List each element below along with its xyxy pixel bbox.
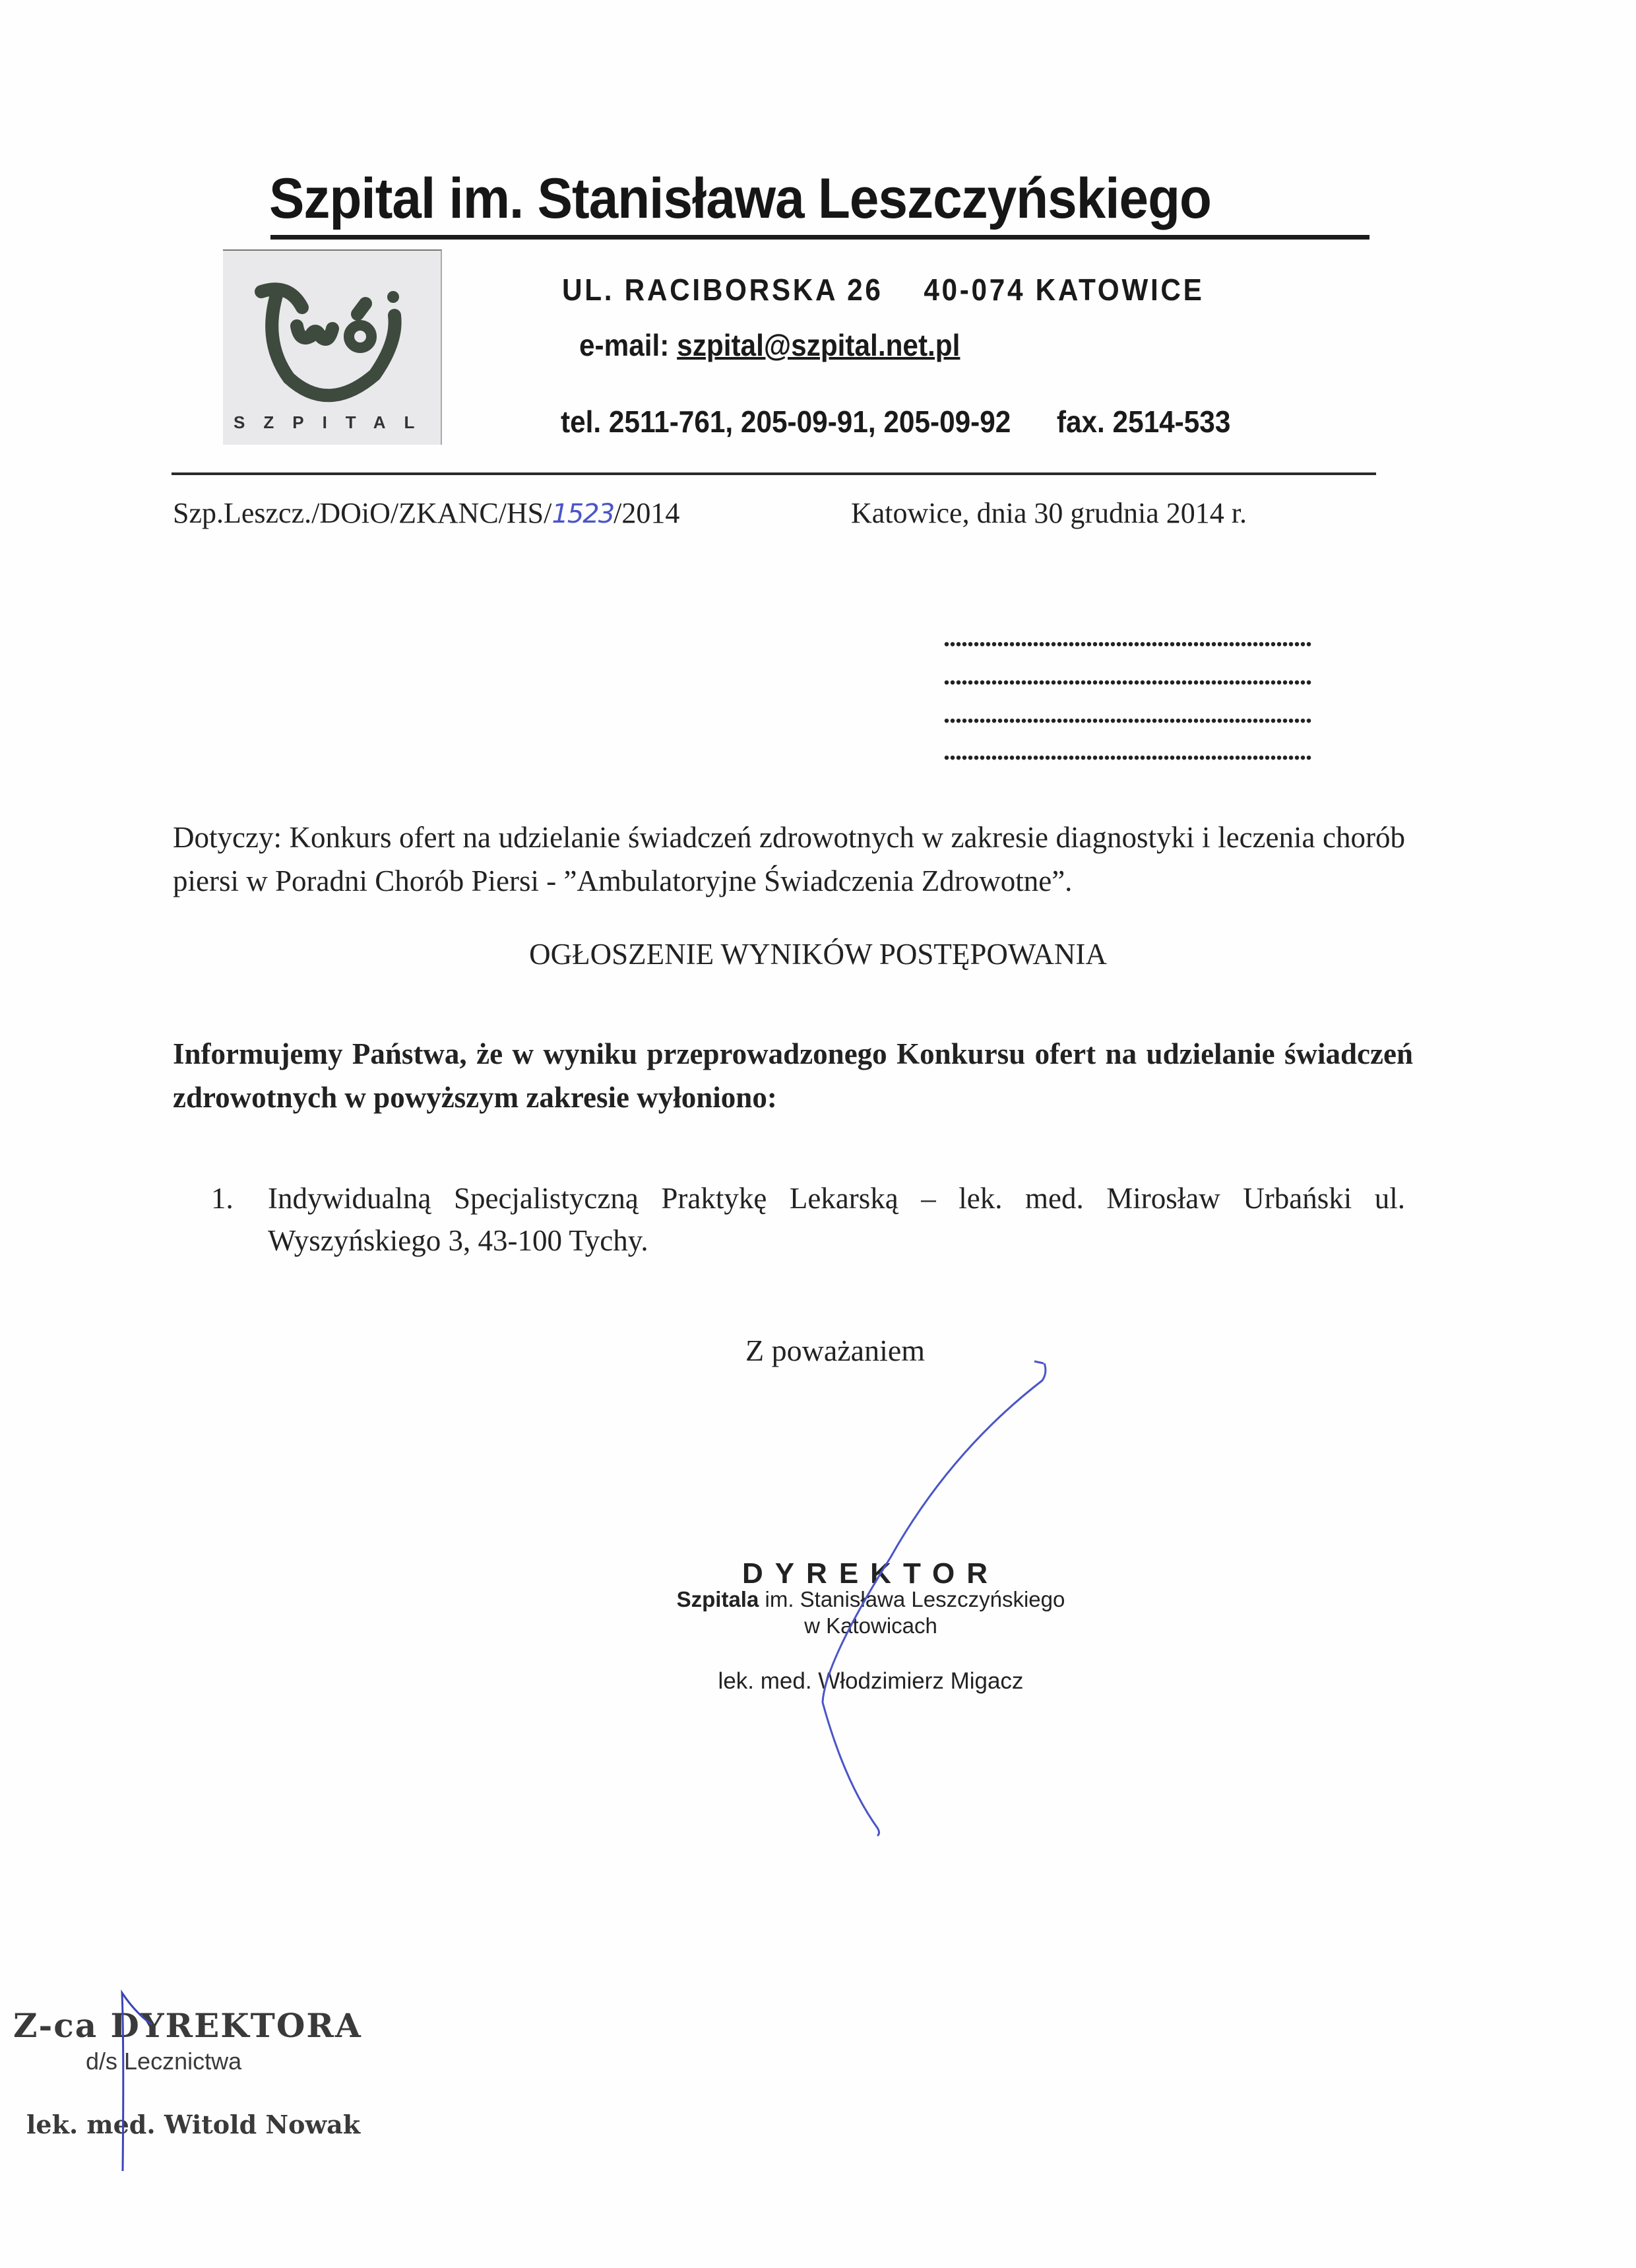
email-link[interactable]: szpital@szpital.net.pl [677,328,960,362]
announcement-heading: OGŁOSZENIE WYNIKÓW POSTĘPOWANIA [0,937,1636,971]
email-label: e-mail: [579,328,669,362]
list-item-number: 1. [211,1177,234,1219]
deputy-stamp-title: Z-ca DYREKTORA [13,2006,383,2045]
info-paragraph: Informujemy Państwa, że w wyniku przepro… [173,1032,1413,1119]
twoj-smile-logo-icon [236,263,427,414]
hospital-address: UL. RACIBORSKA 26 40-074 KATOWICE [562,272,1205,308]
hospital-name-title: Szpital im. Stanisława Leszczyńskiego [269,166,1211,232]
director-stamp-title: DYREKTOR [673,1557,1069,1590]
recipient-line: ........................................… [943,735,1371,766]
deputy-name: lek. med. Witold Nowak [26,2110,383,2139]
reference-number: Szp.Leszcz./DOiO/ZKANC/HS/1523/2014 [173,496,679,530]
subject-paragraph: Dotyczy: Konkurs ofert na udzielanie świ… [173,816,1405,903]
director-name: lek. med. Włodzimierz Migacz [673,1668,1069,1695]
recipient-line: ........................................… [943,622,1371,653]
deputy-director-stamp: Z-ca DYREKTORA d/s Lecznictwa lek. med. … [13,2006,383,2139]
reference-suffix: /2014 [613,497,679,529]
email-line: e-mail: szpital@szpital.net.pl [579,327,960,363]
logo-wordmark: SZPITAL [234,412,433,433]
director-stamp: DYREKTOR Szpitala im. Stanisława Leszczy… [673,1557,1069,1695]
director-stamp-institution: Szpitala im. Stanisława Leszczyńskiego [673,1586,1069,1613]
deputy-stamp-department: d/s Lecznictwa [86,2048,383,2075]
hospital-logo: SZPITAL [223,249,442,445]
phone-numbers: tel. 2511-761, 205-09-91, 205-09-92 [561,405,1011,439]
title-underline [270,235,1369,240]
closing-salutation: Z poważaniem [745,1333,925,1368]
recipient-line: ........................................… [943,698,1371,729]
results-list: 1. Indywidualną Specjalistyczną Praktykę… [211,1177,1405,1262]
director-stamp-city: w Katowicach [673,1613,1069,1639]
handwritten-number: 1523 [551,499,613,529]
contact-phones: tel. 2511-761, 205-09-91, 205-09-92 fax.… [561,404,1230,439]
list-item: Indywidualną Specjalistyczną Praktykę Le… [268,1177,1405,1262]
letter-date: Katowice, dnia 30 grudnia 2014 r. [851,496,1247,530]
header-divider [172,472,1376,475]
reference-prefix: Szp.Leszcz./DOiO/ZKANC/HS/ [173,497,551,529]
fax-number: fax. 2514-533 [1057,405,1231,439]
recipient-line: ........................................… [943,660,1371,691]
